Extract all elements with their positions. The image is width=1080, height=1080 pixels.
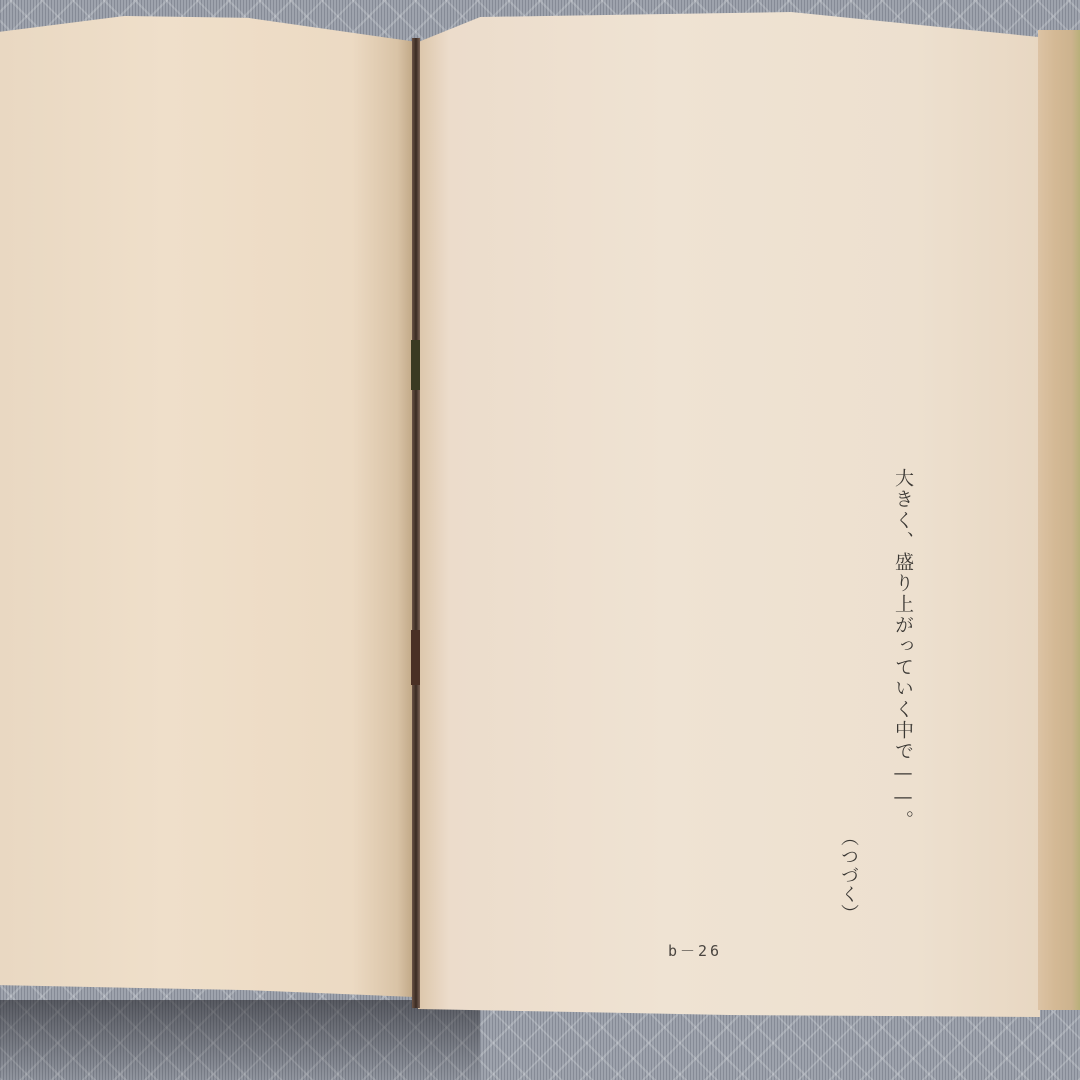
book-shadow [0, 1000, 480, 1080]
body-text-line: 大きく、盛り上がっていく中で——。 [893, 468, 912, 831]
right-page [418, 12, 1040, 1017]
to-be-continued-text: （つづく） [839, 828, 857, 923]
page-edges [1038, 30, 1080, 1010]
book-gutter [412, 38, 420, 1008]
page-number: b－26 [668, 940, 722, 961]
binding-tape [411, 340, 420, 390]
binding-tape [411, 630, 420, 685]
left-page-blank [0, 12, 414, 997]
